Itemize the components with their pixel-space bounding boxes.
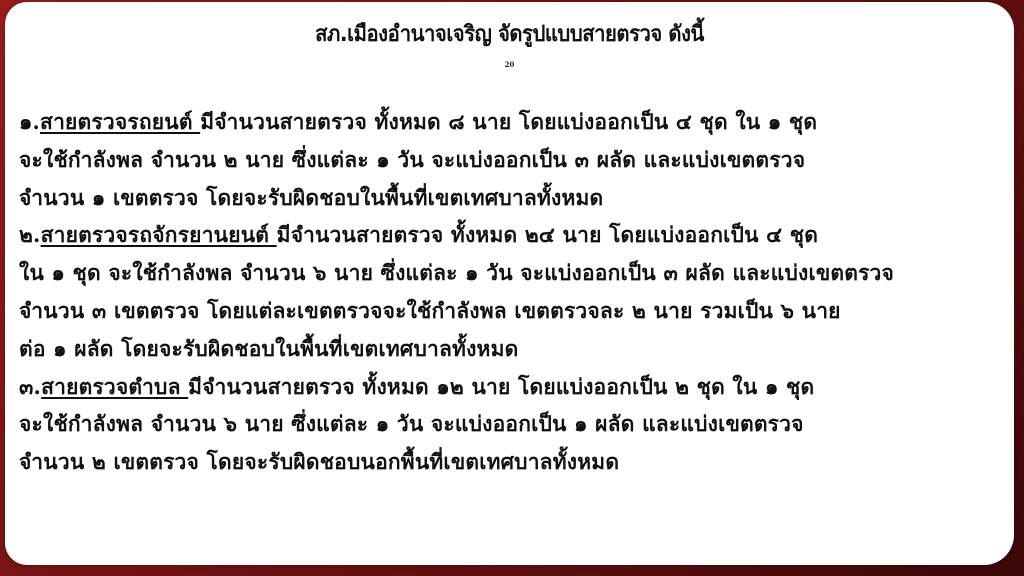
slide-body: ๑.สายตรวจรถยนต์ มีจำนวนสายตรวจ ทั้งหมด ๘… — [19, 103, 1019, 481]
section-1-number: ๑. — [19, 109, 40, 134]
section-2-line-4: ต่อ ๑ ผลัด โดยจะรับผิดชอบในพื้นที่เขตเทศ… — [19, 330, 1019, 368]
slide-title: สภ.เมืองอำนาจเจริญ จัดรูปแบบสายตรวจ ดังน… — [45, 16, 973, 51]
section-1-line-1: ๑.สายตรวจรถยนต์ มีจำนวนสายตรวจ ทั้งหมด ๘… — [19, 103, 1019, 141]
section-1-line-3: จำนวน ๑ เขตตรวจ โดยจะรับผิดชอบในพื้นที่เ… — [19, 179, 1019, 217]
section-3-line-1: ๓.สายตรวจตำบล มีจำนวนสายตรวจ ทั้งหมด ๑๒ … — [19, 368, 1019, 406]
section-3-number: ๓. — [19, 374, 41, 399]
section-2-line-2: ใน ๑ ชุด จะใช้กำลังพล จำนวน ๖ นาย ซึ่งแต… — [19, 254, 1019, 292]
section-3-line-2: จะใช้กำลังพล จำนวน ๖ นาย ซึ่งแต่ละ ๑ วัน… — [19, 405, 1019, 443]
section-2-line-3: จำนวน ๓ เขตตรวจ โดยแต่ละเขตตรวจจะใช้กำลั… — [19, 292, 1019, 330]
slide-panel: สภ.เมืองอำนาจเจริญ จัดรูปแบบสายตรวจ ดังน… — [5, 2, 1014, 565]
section-1-line-2: จะใช้กำลังพล จำนวน ๒ นาย ซึ่งแต่ละ ๑ วัน… — [19, 141, 1019, 179]
slide-number: 20 — [5, 60, 1014, 69]
section-3-line-3: จำนวน ๒ เขตตรวจ โดยจะรับผิดชอบนอกพื้นที่… — [19, 443, 1019, 481]
section-2-line-1: ๒.สายตรวจรถจักรยานยนต์ มีจำนวนสายตรวจ ทั… — [19, 216, 1019, 254]
section-1-heading: สายตรวจรถยนต์ — [40, 109, 200, 134]
section-2-heading: สายตรวจรถจักรยานยนต์ — [41, 222, 277, 247]
section-3-heading: สายตรวจตำบล — [41, 374, 188, 399]
section-2-number: ๒. — [19, 222, 41, 247]
